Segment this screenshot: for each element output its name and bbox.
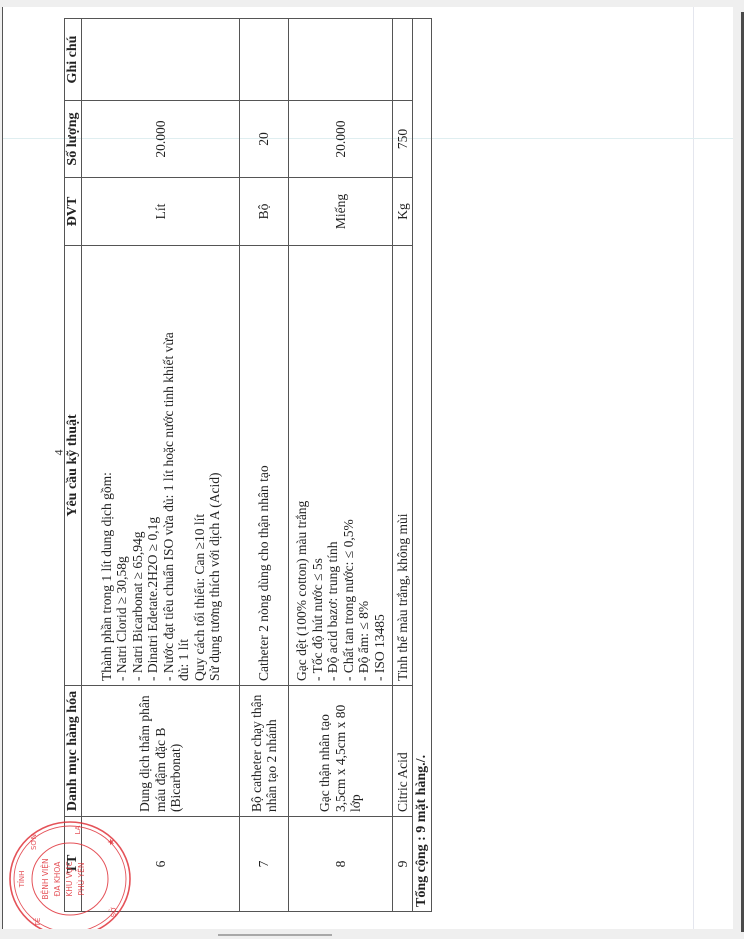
requirement-line: - Dinatri Edetate.2H2O ≥ 0,1g (145, 250, 161, 681)
table-total-row: Tổng cộng : 9 mặt hàng./. (413, 19, 432, 912)
cell-tt: 9 (393, 817, 413, 912)
stamp-line-1: BỆNH VIỆN (41, 858, 50, 899)
cell-name: Bộ catheter chạy thận nhân tạo 2 nhánh (240, 686, 289, 817)
header-requirements: Yêu cầu kỹ thuật (65, 246, 82, 686)
horizontal-scrollbar-thumb[interactable] (218, 934, 332, 936)
stamp-line-2: ĐA KHOA (53, 861, 62, 897)
cell-requirements: Catheter 2 nòng dùng cho thận nhân tạo (240, 246, 289, 686)
cell-note (393, 19, 413, 101)
table-row: 9 Citric Acid Tinh thể màu trắng, không … (393, 19, 413, 912)
document-page: 4 TT Danh mục hàng hóa Yêu cầu kỹ thuật … (2, 7, 733, 929)
cell-note (82, 19, 240, 101)
table-row: 8 Gạc thận nhân tạo 3,5cm x 4,5cm x 80 l… (289, 19, 393, 912)
total-label: Tổng cộng : 9 mặt hàng./. (413, 19, 432, 912)
cell-quantity: 750 (393, 101, 413, 178)
cell-name: Citric Acid (393, 686, 413, 817)
cell-unit: Bộ (240, 178, 289, 246)
requirement-line: Sử dụng tương thích với dịch A (Acid) (207, 250, 223, 681)
cell-requirements: Gạc dệt (100% cotton) màu trắng - Tốc độ… (289, 246, 393, 686)
cell-quantity: 20.000 (82, 101, 240, 178)
header-note: Ghi chú (65, 19, 82, 101)
cell-tt: 8 (289, 817, 393, 912)
requirement-line: Quy cách tối thiểu: Can ≥10 lít (192, 250, 208, 681)
cell-note (289, 19, 393, 101)
requirement-line: - Natri Clorid ≥ 30,58g (114, 250, 130, 681)
rotated-table-container: TT Danh mục hàng hóa Yêu cầu kỹ thuật ĐV… (64, 19, 440, 912)
table-row: 7 Bộ catheter chạy thận nhân tạo 2 nhánh… (240, 19, 289, 912)
svg-text:TỈNH: TỈNH (17, 871, 26, 889)
svg-text:SỞ: SỞ (108, 907, 118, 918)
cell-quantity: 20 (240, 101, 289, 178)
stamp-line-3: KHU VỰC (65, 861, 74, 896)
svg-text:★: ★ (107, 838, 117, 846)
cell-unit: Kg (393, 178, 413, 246)
requirement-line: - Độ ẩm: ≤ 8% (356, 250, 372, 681)
cell-requirements: Tinh thể màu trắng, không mùi (393, 246, 413, 686)
requirement-line: Tinh thể màu trắng, không mùi (395, 250, 411, 681)
svg-text:SƠN: SƠN (30, 834, 38, 850)
cell-name: Dung dịch thẩm phân máu đậm đặc B (Bicar… (82, 686, 240, 817)
cell-note (240, 19, 289, 101)
requirement-line: - Natri Bicarbonat ≥ 65,94g (130, 250, 146, 681)
requirement-line: - Chất tan trong nước: ≤ 0,5% (341, 250, 357, 681)
header-unit: ĐVT (65, 178, 82, 246)
cell-unit: Lít (82, 178, 240, 246)
cell-requirements: Thành phần trong 1 lít dung dịch gồm: - … (82, 246, 240, 686)
table-row: 6 Dung dịch thẩm phân máu đậm đặc B (Bic… (82, 19, 240, 912)
stamp-line-4: PHÙ YÊN (77, 863, 86, 896)
svg-text:LA: LA (74, 825, 82, 834)
table-header-row: TT Danh mục hàng hóa Yêu cầu kỹ thuật ĐV… (65, 19, 82, 912)
requirement-line: - Nước đạt tiêu chuẩn ISO vừa đủ: 1 lít … (161, 250, 177, 681)
requirement-line: đủ: 1 lít (176, 250, 192, 681)
technical-spec-table: TT Danh mục hàng hóa Yêu cầu kỹ thuật ĐV… (64, 18, 432, 912)
horizontal-scrollbar[interactable] (0, 932, 744, 939)
header-quantity: Số lượng (65, 101, 82, 178)
requirement-line: - Độ acid bazơ: trung tính (325, 250, 341, 681)
scan-guide-line (693, 7, 694, 929)
cell-unit: Miếng (289, 178, 393, 246)
requirement-line: Gạc dệt (100% cotton) màu trắng (294, 250, 310, 681)
requirement-line: Catheter 2 nòng dùng cho thận nhân tạo (256, 250, 272, 681)
document-viewer: 4 TT Danh mục hàng hóa Yêu cầu kỹ thuật … (0, 6, 744, 932)
requirement-line: - Tốc độ hút nước ≤ 5s (310, 250, 326, 681)
svg-text:TẾ: TẾ (32, 917, 42, 927)
official-seal-stamp: BỆNH VIỆN ĐA KHOA KHU VỰC PHÙ YÊN TỈNH S… (7, 819, 133, 929)
cell-name: Gạc thận nhân tạo 3,5cm x 4,5cm x 80 lớp (289, 686, 393, 817)
cell-quantity: 20.000 (289, 101, 393, 178)
cell-tt: 7 (240, 817, 289, 912)
header-name: Danh mục hàng hóa (65, 686, 82, 817)
requirement-line: - ISO 13485 (372, 250, 388, 681)
requirement-line: Thành phần trong 1 lít dung dịch gồm: (99, 250, 115, 681)
